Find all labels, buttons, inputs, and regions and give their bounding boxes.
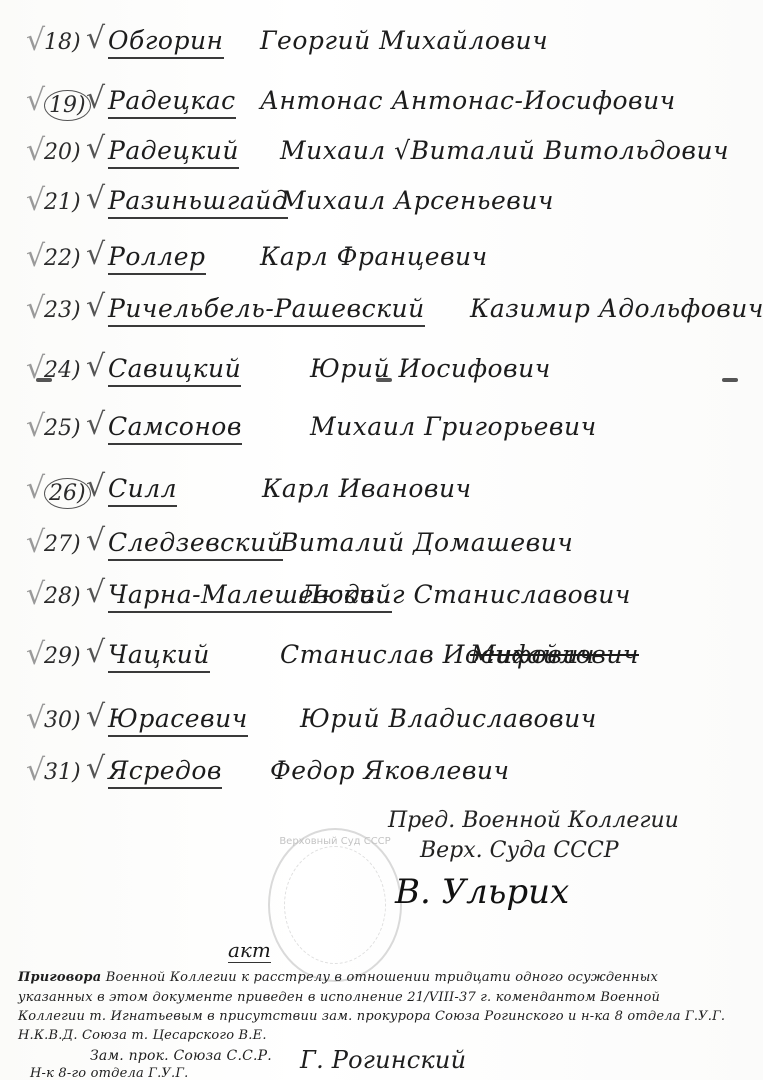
check-mark-icon: √ — [26, 242, 45, 272]
entry-given-name: Виталий Домашевич — [280, 528, 573, 557]
check-mark-icon: √ — [26, 86, 45, 116]
act-line-3: Коллегии т. Игнатьевым в присутствии зам… — [18, 1009, 725, 1024]
check-mark-icon: √ — [86, 240, 105, 270]
check-mark-icon: √ — [86, 578, 105, 608]
entry-surname: Радецкас — [108, 86, 236, 119]
entry-given-name: Федор Яковлевич — [270, 756, 510, 785]
entry-number: 29) — [44, 644, 81, 669]
prosecutor-signature: Г. Рогинский — [300, 1046, 466, 1074]
entry-number: 28) — [44, 584, 81, 609]
entry-given-name: Юрий Владиславович — [300, 704, 597, 733]
check-mark-icon: √ — [86, 84, 105, 114]
check-mark-icon: √ — [26, 412, 45, 442]
entry-surname: Следзевский — [108, 528, 283, 561]
margin-marker-left — [36, 378, 52, 382]
entry-given-name: Казимир Адольфович — [470, 294, 763, 323]
entry-surname: Силл — [108, 474, 177, 507]
check-mark-icon: √ — [26, 474, 45, 504]
act-text-1: Военной Коллегии к расстрелу в отношении… — [106, 970, 658, 985]
act-line-2: указанных в этом документе приведен в ис… — [18, 990, 660, 1005]
entry-surname: Разиньшгайд — [108, 186, 288, 219]
check-mark-icon: √ — [26, 294, 45, 324]
entry-surname: Ричельбель-Рашевский — [108, 294, 425, 327]
entry-number: 21) — [44, 190, 81, 215]
document-page: √18)√ОбгоринГеоргий Михайлович√19)√Радец… — [0, 0, 763, 1080]
entry-number: 27) — [44, 532, 81, 557]
check-mark-icon: √ — [86, 352, 105, 382]
entry-number: 20) — [44, 140, 81, 165]
check-mark-icon: √ — [86, 24, 105, 54]
check-mark-icon: √ — [26, 580, 45, 610]
entry-number: 30) — [44, 708, 81, 733]
entry-surname: Юрасевич — [108, 704, 248, 737]
entry-number: 26) — [44, 478, 91, 509]
entry-given-name: Антонас Антонас-Иосифович — [260, 86, 676, 115]
check-mark-icon: √ — [26, 186, 45, 216]
check-mark-icon: √ — [86, 472, 105, 502]
entry-surname: Савицкий — [108, 354, 241, 387]
check-mark-icon: √ — [86, 410, 105, 440]
stamp-text: Верховный Суд СССР — [270, 836, 400, 847]
check-mark-icon: √ — [86, 754, 105, 784]
entry-surname: Ясредов — [108, 756, 222, 789]
check-mark-icon: √ — [26, 704, 45, 734]
struck-patronymic: Михайлович — [470, 640, 639, 669]
check-mark-icon: √ — [86, 134, 105, 164]
check-mark-icon: √ — [26, 756, 45, 786]
act-title: акт — [228, 938, 271, 963]
margin-marker-right — [722, 378, 738, 382]
entry-surname: Обгорин — [108, 26, 224, 59]
check-mark-icon: √ — [86, 526, 105, 556]
margin-marker-center — [376, 378, 392, 382]
entry-surname: Чацкий — [108, 640, 210, 673]
check-mark-icon: √ — [86, 638, 105, 668]
entry-given-name: Карл Иванович — [262, 474, 472, 503]
entry-number: 19) — [44, 90, 91, 121]
entry-given-name: Юрий Иосифович — [310, 354, 551, 383]
entry-number: 31) — [44, 760, 81, 785]
entry-surname: Роллер — [108, 242, 206, 275]
entry-number: 22) — [44, 246, 81, 271]
stamp-inner-ring — [284, 846, 386, 964]
entry-surname: Самсонов — [108, 412, 242, 445]
signature-title-line1: Пред. Военной Коллегии — [388, 808, 679, 833]
check-mark-icon: √ — [26, 528, 45, 558]
court-stamp: Верховный Суд СССР — [268, 828, 402, 982]
chairman-signature: В. Ульрих — [395, 872, 569, 912]
act-line-1: Приговора Военной Коллегии к расстрелу в… — [18, 970, 658, 985]
entry-given-name: Людвиг Станиславович — [300, 580, 631, 609]
check-mark-icon: √ — [26, 136, 45, 166]
entry-number: 18) — [44, 30, 81, 55]
act-sign-line-1: Зам. прок. Союза С.С.Р. — [90, 1048, 272, 1064]
entry-given-name: Карл Францевич — [260, 242, 488, 271]
entry-given-name: Михаил Арсеньевич — [280, 186, 554, 215]
check-mark-icon: √ — [26, 26, 45, 56]
check-mark-icon: √ — [86, 292, 105, 322]
act-lead: Приговора — [18, 970, 101, 985]
entry-given-name: Михаил √Виталий Витольдович — [280, 136, 729, 165]
entry-number: 23) — [44, 298, 81, 323]
entry-given-name: Георгий Михайлович — [260, 26, 548, 55]
check-mark-icon: √ — [86, 184, 105, 214]
signature-title-line2: Верх. Суда СССР — [420, 838, 619, 863]
entry-number: 25) — [44, 416, 81, 441]
act-line-4: Н.К.В.Д. Союза т. Цесарского В.Е. — [18, 1028, 267, 1043]
check-mark-icon: √ — [26, 640, 45, 670]
entry-surname: Радецкий — [108, 136, 239, 169]
act-sign-line-2: Н-к 8-го отдела Г.У.Г. — [30, 1066, 188, 1080]
entry-given-name: Михаил Григорьевич — [310, 412, 597, 441]
check-mark-icon: √ — [86, 702, 105, 732]
